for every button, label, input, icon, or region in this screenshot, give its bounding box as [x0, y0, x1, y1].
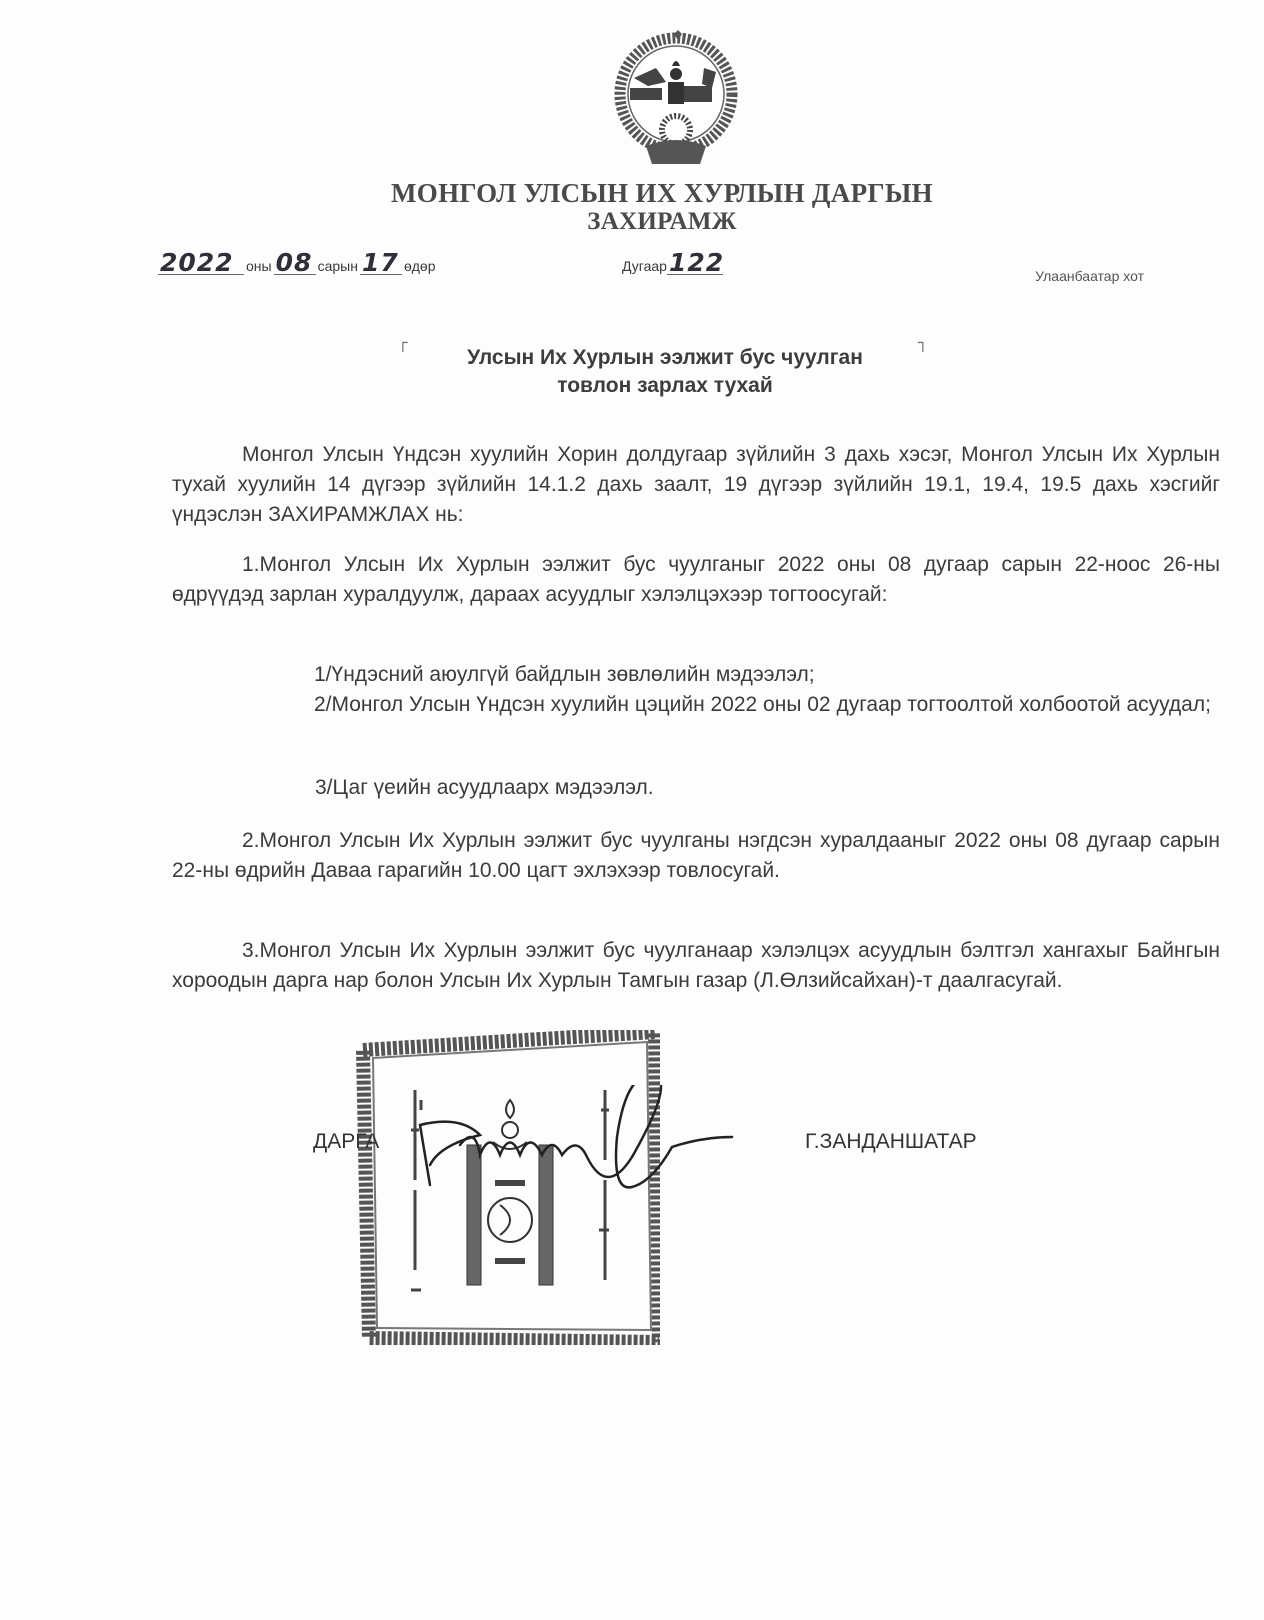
decree-item-2: 2.Монгол Улсын Их Хурлын ээлжит бус чуул… — [172, 826, 1220, 886]
agenda-item-1: 1/Үндэсний аюулгүй байдлын зөвлөлийн мэд… — [172, 660, 1220, 690]
number-label: Дугаар — [622, 258, 667, 274]
org-title: МОНГОЛ УЛСЫН ИХ ХУРЛЫН ДАРГЫН — [30, 178, 1264, 209]
date-year: 2022 — [158, 252, 244, 275]
month-label: сарын — [318, 258, 358, 274]
date-line: 2022оны08сарын17өдөр — [158, 252, 438, 276]
document-number: Дугаар122 — [622, 252, 723, 276]
city: Улаанбаатар хот — [1035, 268, 1144, 284]
document-type: ЗАХИРАМЖ — [30, 208, 1264, 236]
agenda-item-3: 3/Цаг үеийн асуудлаарх мэдээлэл. — [315, 773, 1264, 803]
handwritten-signature-icon — [400, 1085, 760, 1205]
subject-line: Улсын Их Хурлын ээлжит бус чуулган — [315, 346, 1015, 370]
subject-line: товлон зарлах тухай — [315, 374, 1015, 398]
day-label: өдөр — [404, 258, 436, 274]
signatory-name: Г.ЗАНДАНШАТАР — [805, 1130, 977, 1154]
year-label: оны — [246, 258, 272, 274]
date-day: 17 — [360, 252, 402, 275]
signatory-title: ДАРГА — [313, 1130, 379, 1154]
number-value: 122 — [667, 252, 723, 275]
agenda-item-2: 2/Монгол Улсын Үндсэн хуулийн цэцийн 202… — [172, 690, 1220, 720]
state-emblem-icon — [612, 28, 740, 170]
intro-paragraph: Монгол Улсын Үндсэн хуулийн Хорин долдуг… — [172, 440, 1220, 530]
decree-item-3: 3.Монгол Улсын Их Хурлын ээлжит бус чуул… — [172, 936, 1220, 996]
decree-item-1: 1.Монгол Улсын Их Хурлын ээлжит бус чуул… — [172, 550, 1220, 610]
date-month: 08 — [274, 252, 316, 275]
